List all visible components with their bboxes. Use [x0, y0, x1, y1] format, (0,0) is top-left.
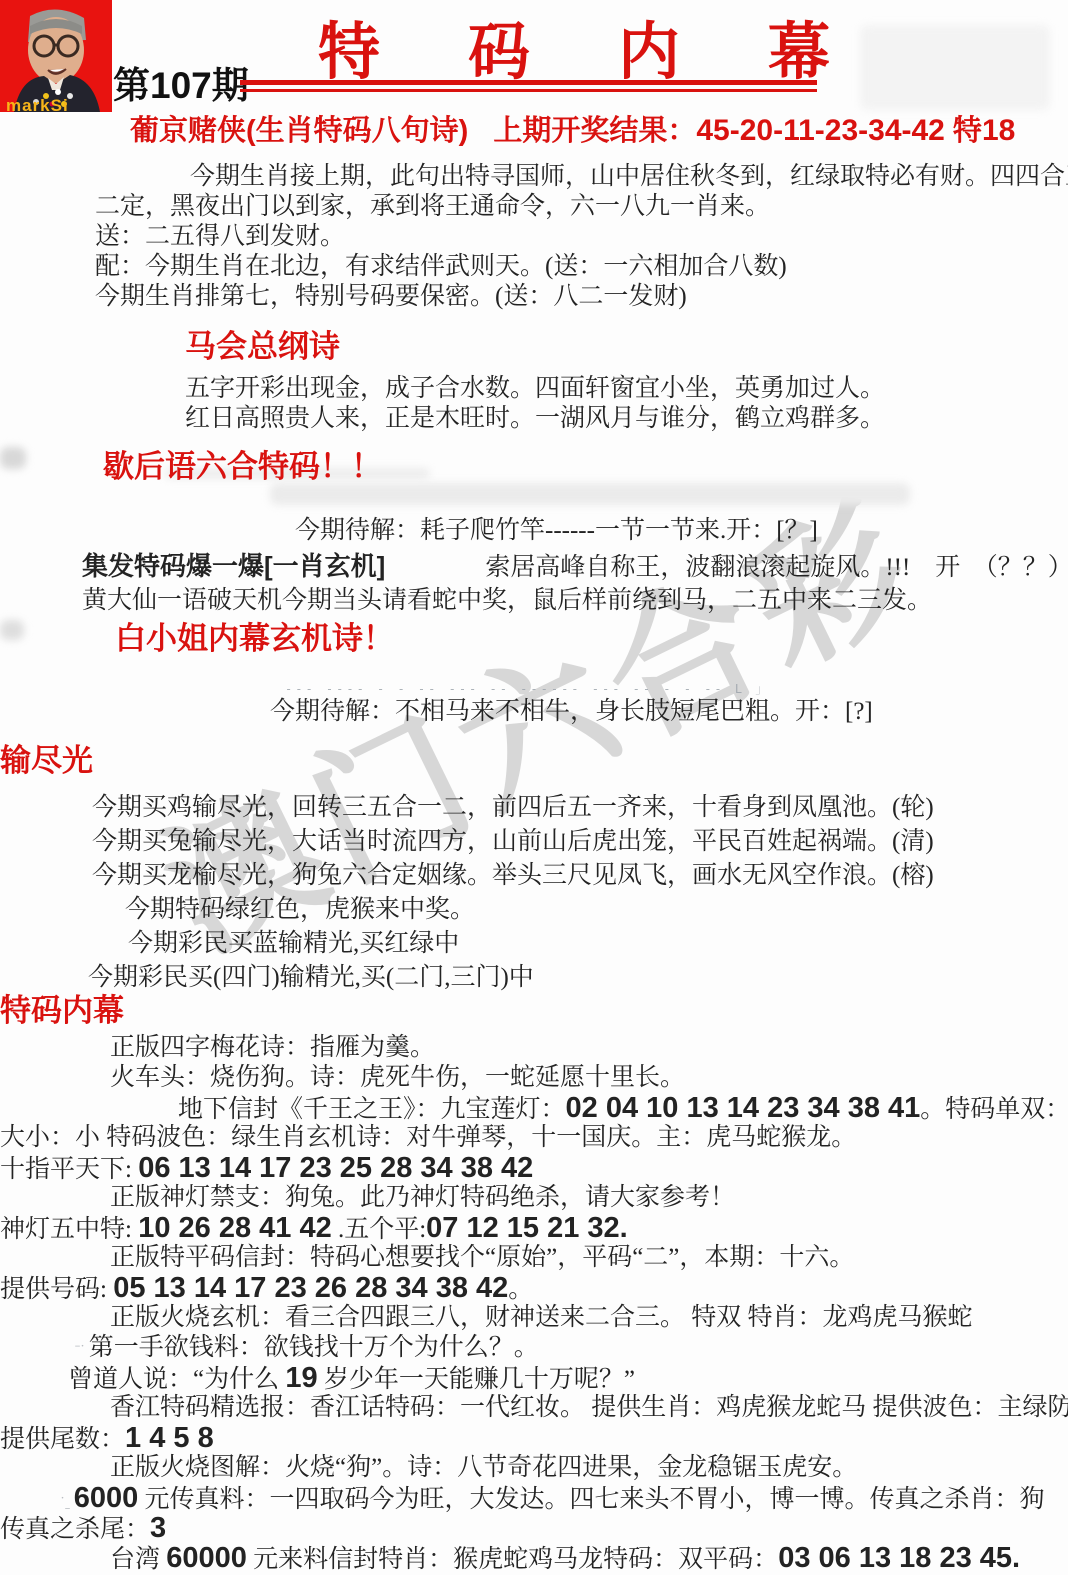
text-line: ˙ˍ 6000 元传真料：一四取码今为旺，大发达。四七来头不胃小，博一博。传真之… [0, 1483, 1068, 1513]
text-run: 二定，黑夜出门以到家，承到将王通命令，六一八九一肖来。 [95, 193, 770, 220]
title-rule-top [240, 80, 817, 85]
text-line: 今期待解：耗子爬竹竿------一节一节来.开：[？] [0, 516, 1068, 546]
text-run: 香江特码精选报：香江话特码：一代红妆。 提供生肖：鸡虎猴龙蛇马 提供波色：主绿防… [110, 1394, 1068, 1421]
text-line: 黄大仙一语破天机今期当头请看蛇中奖，鼠后样前绕到马，二五中来二三发。 [0, 586, 1068, 616]
text-run: .五个平: [332, 1216, 426, 1243]
section-header-mahui: 马会总纲诗 [0, 329, 1068, 365]
text-run: 19 [285, 1363, 317, 1393]
title-rule-bottom [240, 89, 817, 92]
text-run: 18 [982, 114, 1015, 147]
text-line: 正版四字梅花诗：指雁为羹。 [0, 1033, 1068, 1063]
text-line: 正版火烧玄机：看三合四跟三八，财神送来二合三。 特双 特肖：龙鸡虎马猴蛇 [0, 1303, 1068, 1333]
text-line: 十指平天下: 06 13 14 17 23 25 28 34 38 42 [0, 1153, 1068, 1183]
text-line: 曾道人说：“为什么 19 岁少年一天能赚几十万呢？” [0, 1363, 1068, 1393]
text-run: 黄大仙一语破天机今期当头请看蛇中奖，鼠后样前绕到马，二五中来二三发。 [82, 587, 932, 614]
text-run: 红日高照贵人来，正是木旺时。一湖风月与谁分，鹤立鸡群多。 [185, 405, 885, 432]
text-run: 3 [150, 1513, 166, 1543]
text-line: 神灯五中特: 10 26 28 41 42 .五个平:07 12 15 21 3… [0, 1213, 1068, 1243]
issue-label: 第107期 [113, 55, 249, 109]
text-run: 地下信封《千王之王》：九宝莲灯： [178, 1096, 566, 1123]
text-run: 特 [945, 115, 982, 147]
text-line: 今期买鸡输尽光，回转三五合一二，前四后五一齐来，十看身到凤凰池。(轮) [0, 793, 1068, 823]
text-run: 马会总纲诗 [185, 329, 340, 364]
text-run: 06 13 14 17 23 25 28 34 38 42 [138, 1153, 533, 1183]
page-title: 特码内幕 [318, 2, 918, 91]
text-run: 提供号码: [0, 1276, 113, 1303]
text-run: 10 26 28 41 42 [138, 1213, 332, 1243]
text-run: 正版神灯禁支：狗兔。此乃神灯特码绝杀，请大家参考！ [110, 1184, 735, 1211]
text-run: 今期待解：耗子爬竹竿------一节一节来.开：[？] [295, 517, 818, 544]
text-run: --- ---- - - -- --- -- ------ --- -- - -… [285, 682, 770, 696]
text-line: 集发特码爆一爆[一肖玄机] 索居高峰自称王，波翻浪滚起旋风。!!! 开 （？？） [0, 551, 1068, 581]
text-run: 45-20-11-23-34-42 [696, 114, 945, 147]
text-line: 今期彩民买蓝输精光,买红绿中 [0, 929, 1068, 959]
logo: markSi [0, 0, 112, 112]
text-run: 特码内幕 [0, 993, 124, 1028]
content: 葡京赌侠(生肖特码八句诗) 上期开奖结果：45-20-11-23-34-42 特… [0, 111, 1068, 1573]
text-line: 正版特平码信封：特码心想要找个“原始”，平码“二”，本期：十六。 [0, 1243, 1068, 1273]
text-line: 二定，黑夜出门以到家，承到将王通命令，六一八九一肖来。 [0, 192, 1068, 222]
text-run: 元来料信封特肖：猴虎蛇鸡马龙特码：双平码： [247, 1546, 778, 1573]
text-run: 。特码单双：双 特码 [920, 1096, 1068, 1123]
text-run: 白小姐内幕玄机诗！ [115, 621, 394, 656]
text-run: 今期买龙榆尽光，狗兔六合定姻缘。举头三尺见凤飞，画水无风空作浪。(榕) [92, 862, 934, 889]
text-line: 正版神灯禁支：狗兔。此乃神灯特码绝杀，请大家参考！ [0, 1183, 1068, 1213]
text-line: 火车头：烧伤狗。诗：虎死牛伤，一蛇延愿十里长。 [0, 1063, 1068, 1093]
text-line: 大小：小 特码波色：绿生肖玄机诗：对牛弹琴，十一国庆。主：虎马蛇猴龙。 [0, 1123, 1068, 1153]
text-run: 07 12 15 21 32. [426, 1213, 628, 1243]
text-line: 配：今期生肖在北边，有求结伴武则天。(送：一六相加合八数) [0, 252, 1068, 282]
text-run: 配：今期生肖在北边，有求结伴武则天。(送：一六相加合八数) [95, 253, 787, 280]
text-line: 提供尾数：1 4 5 8 [0, 1423, 1068, 1453]
text-run: 60000 [166, 1543, 247, 1573]
text-run: 正版特平码信封：特码心想要找个“原始”，平码“二”，本期：十六。 [110, 1244, 854, 1271]
text-run: 今期特码绿红色，虎猴来中奖。 [125, 896, 475, 923]
text-run: 台湾 [110, 1546, 166, 1573]
text-run: 1 4 5 8 [125, 1423, 214, 1453]
text-run: 火车头：烧伤狗。诗：虎死牛伤，一蛇延愿十里长。 [110, 1064, 685, 1091]
text-run: 今期待解：不相马来不相牛，身长肢短尾巴粗。开：[?] [270, 698, 873, 725]
text-line: 提供号码: 05 13 14 17 23 26 28 34 38 42。 [0, 1273, 1068, 1303]
text-run: 索居高峰自称王，波翻浪滚起旋风。!!! 开 （？？） [385, 554, 1068, 581]
text-run: 十指平天下: [0, 1156, 138, 1183]
section-header-xiehouyu: 歇后语六合特码！！ [0, 449, 1068, 485]
text-run: 曾道人说：“为什么 [68, 1366, 285, 1393]
subheader-row: 葡京赌侠(生肖特码八句诗) 上期开奖结果：45-20-11-23-34-42 特… [0, 111, 1068, 151]
text-run: 歇后语六合特码！！ [103, 449, 382, 484]
text-line: 五字开彩出现金，成子合水数。四面轩窗宜小坐，英勇加过人。 [0, 374, 1068, 404]
text-line: 今期买龙榆尽光，狗兔六合定姻缘。举头三尺见凤飞，画水无风空作浪。(榕) [0, 861, 1068, 891]
text-run: 大小：小 特码波色：绿生肖玄机诗：对牛弹琴，十一国庆。主：虎马蛇猴龙。 [0, 1124, 856, 1151]
text-run: 今期买兔输尽光，大话当时流四方，山前山后虎出笼，平民百姓起祸端。(清) [92, 828, 934, 855]
text-run: 02 04 10 13 14 23 34 38 41 [566, 1093, 921, 1123]
text-run: 送：二五得八到发财。 [95, 223, 345, 250]
text-run: 正版火烧玄机：看三合四跟三八，财神送来二合三。 特双 特肖：龙鸡虎马猴蛇 [110, 1304, 973, 1331]
text-run: 今期生肖接上期，此句出特寻国师，山中居住秋冬到，红绿取特必有财。四四合五七 [190, 163, 1068, 190]
text-run: 。 [508, 1276, 533, 1303]
text-line: 今期生肖接上期，此句出特寻国师，山中居住秋冬到，红绿取特必有财。四四合五七 [0, 162, 1068, 192]
text-run: 神灯五中特: [0, 1216, 138, 1243]
section-header-baixiaojie: 白小姐内幕玄机诗！ [0, 621, 1068, 657]
text-run: 元传真料：一四取码今为旺，大发达。四七来头不胃小，博一博。传真之杀肖：狗 [138, 1486, 1044, 1513]
text-line: 今期待解：不相马来不相牛，身长肢短尾巴粗。开：[?] [0, 697, 1068, 727]
text-run: 今期生肖排第七，特别号码要保密。(送：八二一发财) [95, 283, 687, 310]
text-run: ˙ˍ [60, 1495, 74, 1511]
text-line: 香江特码精选报：香江话特码：一代红妆。 提供生肖：鸡虎猴龙蛇马 提供波色：主绿防… [0, 1393, 1068, 1423]
text-run: 提供尾数： [0, 1426, 125, 1453]
text-run: ˉ˙ [75, 1343, 89, 1359]
text-line: 送：二五得八到发财。 [0, 222, 1068, 252]
text-run: 正版火烧图解：火烧“狗”。诗：八节奇花四进果，金龙稳锯玉虎安。 [110, 1454, 857, 1481]
text-run: 输尽光 [0, 743, 93, 778]
text-run: 今期买鸡输尽光，回转三五合一二，前四后五一齐来，十看身到凤凰池。(轮) [92, 794, 934, 821]
erased-line: --- ---- - - -- --- -- ------ --- -- - -… [0, 681, 1068, 697]
section-header-shujinguang: 输尽光 [0, 743, 1068, 779]
text-line: 正版火烧图解：火烧“狗”。诗：八节奇花四进果，金龙稳锯玉虎安。 [0, 1453, 1068, 1483]
text-run: 上期开奖结果： [493, 115, 696, 147]
text-run: 五字开彩出现金，成子合水数。四面轩窗宜小坐，英勇加过人。 [185, 375, 885, 402]
text-run: 岁少年一天能赚几十万呢？” [318, 1366, 635, 1393]
text-line: ˉ˙ 第一手欲钱料：欲钱找十万个为什么？。 [0, 1333, 1068, 1363]
text-line: 今期生肖排第七，特别号码要保密。(送：八二一发财) [0, 282, 1068, 312]
page: 澳门六合彩 [0, 0, 1068, 1575]
text-run: 今期彩民买蓝输精光,买红绿中 [128, 930, 459, 957]
text-run: 第一手欲钱料：欲钱找十万个为什么？。 [89, 1334, 539, 1361]
text-run: 传真之杀尾： [0, 1516, 150, 1543]
text-line: 台湾 60000 元来料信封特肖：猴虎蛇鸡马龙特码：双平码：03 06 13 1… [0, 1543, 1068, 1573]
text-run: 集发特码爆一爆[一肖玄机] [82, 551, 385, 581]
text-run: 05 13 14 17 23 26 28 34 38 42 [113, 1273, 508, 1303]
text-run: 03 06 13 18 23 45. [778, 1543, 1020, 1573]
text-line: 今期特码绿红色，虎猴来中奖。 [0, 895, 1068, 925]
text-run: 葡京赌侠(生肖特码八句诗) [130, 115, 468, 147]
text-line: 今期买兔输尽光，大话当时流四方，山前山后虎出笼，平民百姓起祸端。(清) [0, 827, 1068, 857]
text-run: 今期彩民买(四门)输精光,买(二门,三门)中 [88, 964, 534, 991]
text-line: 地下信封《千王之王》：九宝莲灯：02 04 10 13 14 23 34 38 … [0, 1093, 1068, 1123]
masthead: markSi 第107期 特码内幕 [0, 0, 1068, 105]
text-line: 今期彩民买(四门)输精光,买(二门,三门)中 [0, 963, 1068, 993]
text-run [468, 119, 493, 146]
logo-brand-text: markSi [6, 96, 69, 112]
text-line: 传真之杀尾：3 [0, 1513, 1068, 1543]
text-run: 6000 [74, 1483, 139, 1513]
text-line: 红日高照贵人来，正是木旺时。一湖风月与谁分，鹤立鸡群多。 [0, 404, 1068, 434]
section-header-temaneimu: 特码内幕 [0, 993, 1068, 1029]
text-run: 正版四字梅花诗：指雁为羹。 [110, 1034, 435, 1061]
